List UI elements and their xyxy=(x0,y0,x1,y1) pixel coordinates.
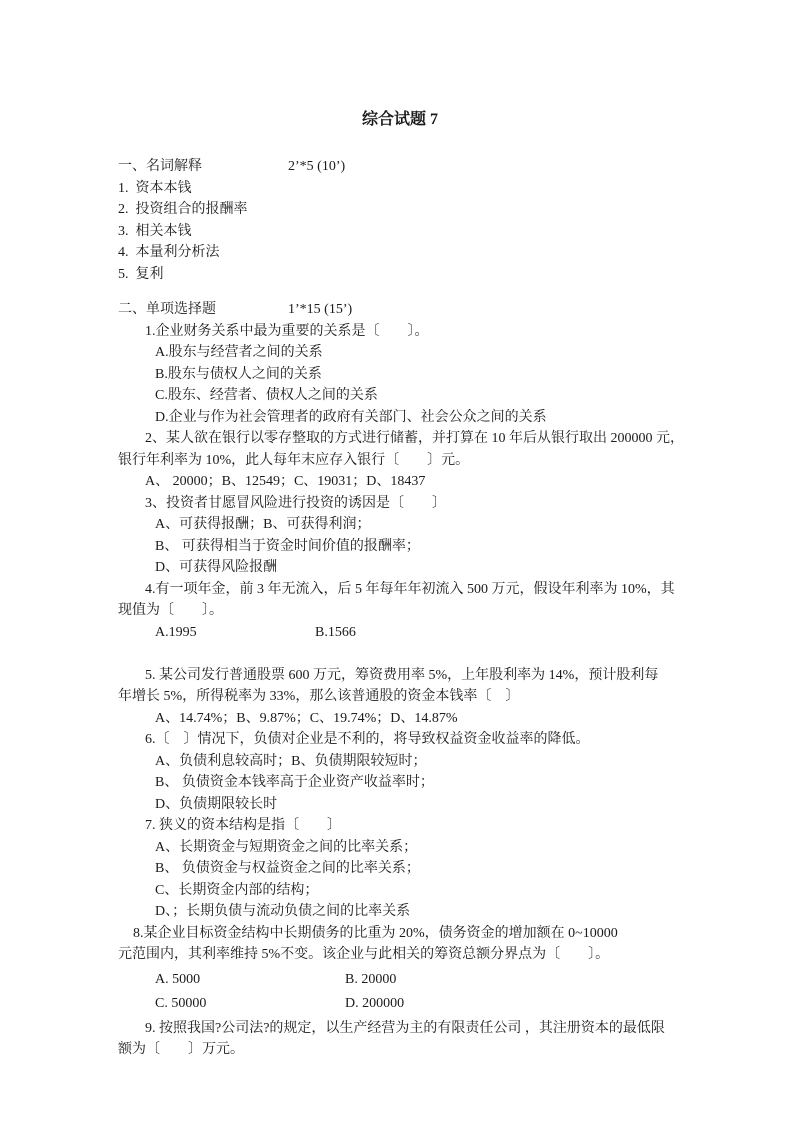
option-line: D、；长期负债与流动负债之间的比率关系 xyxy=(118,901,710,923)
option-line: A、负债利息较高时；B、负债期限较短时； xyxy=(118,751,710,773)
option-line: A.1995B.1566 xyxy=(118,622,710,644)
option-line: A、长期资金与短期资金之间的比率关系； xyxy=(118,837,710,859)
question-wrap-line: 元范围内，其利率维持 5%不变。该企业与此相关的筹资总额分界点为〔 〕。 xyxy=(118,944,710,966)
option-left: A. 5000 xyxy=(155,969,345,991)
question-line: 5. 某公司发行普通股票 600 万元，筹资费用率 5%，上年股利率为 14%，… xyxy=(118,665,710,687)
question-line: 6.〔 〕情况下，负债对企业是不利的，将导致权益资金收益率的降低。 xyxy=(118,729,710,751)
question-wrap-line: 额为〔 〕万元。 xyxy=(118,1039,710,1061)
option-line: A、14.74%；B、9.87%；C、19.74%；D、14.87% xyxy=(118,708,710,730)
question-wrap-line: 银行年利率为 10%，此人每年末应存入银行〔 〕元。 xyxy=(118,450,710,472)
question-line: 8.某企业目标资金结构中长期债务的比重为 20%，债务资金的增加额在 0~100… xyxy=(118,923,710,945)
section-2-heading: 二、单项选择题 xyxy=(118,299,288,321)
question-wrap-line: 年增长 5%，所得税率为 33%，那么该普通股的资金本钱率〔 〕 xyxy=(118,686,710,708)
option-left: C. 50000 xyxy=(155,993,345,1015)
section-1-points: 2’*5 (10’) xyxy=(288,159,345,174)
option-line: C. 50000D. 200000 xyxy=(118,993,710,1015)
option-line: B.股东与债权人之间的关系 xyxy=(118,364,710,386)
term-item: 1. 资本本钱 xyxy=(118,178,710,200)
option-left: A、负债利息较高时； xyxy=(155,751,291,773)
option-right: D. 200000 xyxy=(345,996,404,1011)
option-line: C.股东、经营者、债权人之间的关系 xyxy=(118,385,710,407)
question-line: 3、投资者甘愿冒风险进行投资的诱因是〔 〕 xyxy=(118,493,710,515)
option-right: B、可获得利润； xyxy=(263,517,370,532)
option-right: B.1566 xyxy=(315,625,356,640)
option-line: B、 负债资金本钱率高于企业资产收益率时； xyxy=(118,772,710,794)
question-line: 9. 按照我国?公司法?的规定，以生产经营为主的有限责任公司 ，其注册资本的最低… xyxy=(118,1018,710,1040)
term-item: 5. 复利 xyxy=(118,264,710,286)
option-line: D、可获得风险报酬 xyxy=(118,557,710,579)
option-line: D、负债期限较长时 xyxy=(118,794,710,816)
option-right: B. 20000 xyxy=(345,972,396,987)
option-line: A. 5000B. 20000 xyxy=(118,969,710,991)
doc-title: 综合试题 7 xyxy=(90,109,710,131)
term-item: 4. 本量利分析法 xyxy=(118,242,710,264)
document-page: 综合试题 7 一、名词解释2’*5 (10’) 1. 资本本钱 2. 投资组合的… xyxy=(0,0,800,1131)
question-line: 1.企业财务关系中最为重要的关系是〔 〕。 xyxy=(118,321,710,343)
question-line: 4.有一项年金，前 3 年无流入，后 5 年每年年初流入 500 万元，假设年利… xyxy=(118,579,710,601)
option-line: A、 20000；B、12549；C、19031；D、18437 xyxy=(118,471,710,493)
section-2-heading-row: 二、单项选择题1’*15 (15’) xyxy=(118,299,710,321)
option-right: B、负债期限较短时； xyxy=(291,754,426,769)
option-left: A.1995 xyxy=(155,622,315,644)
option-line: B、 负债资金与权益资金之间的比率关系； xyxy=(118,858,710,880)
term-item: 2. 投资组合的报酬率 xyxy=(118,199,710,221)
option-left: A、可获得报酬； xyxy=(155,514,263,536)
section-2-points: 1’*15 (15’) xyxy=(288,302,352,317)
option-line: D.企业与作为社会管理者的政府有关部门、社会公众之间的关系 xyxy=(118,407,710,429)
question-line: 2、某人欲在银行以零存整取的方式进行储蓄，并打算在 10 年后从银行取出 200… xyxy=(118,428,710,450)
option-line: B、 可获得相当于资金时间价值的报酬率； xyxy=(118,536,710,558)
question-wrap-line: 现值为〔 〕。 xyxy=(118,600,710,622)
question-line: 7. 狭义的资本结构是指〔 〕 xyxy=(118,815,710,837)
option-line: A、可获得报酬；B、可获得利润； xyxy=(118,514,710,536)
option-line: A.股东与经营者之间的关系 xyxy=(118,342,710,364)
option-line: C、长期资金内部的结构； xyxy=(118,880,710,902)
term-item: 3. 相关本钱 xyxy=(118,221,710,243)
section-1-heading-row: 一、名词解释2’*5 (10’) xyxy=(118,156,710,178)
section-1-heading: 一、名词解释 xyxy=(118,156,288,178)
